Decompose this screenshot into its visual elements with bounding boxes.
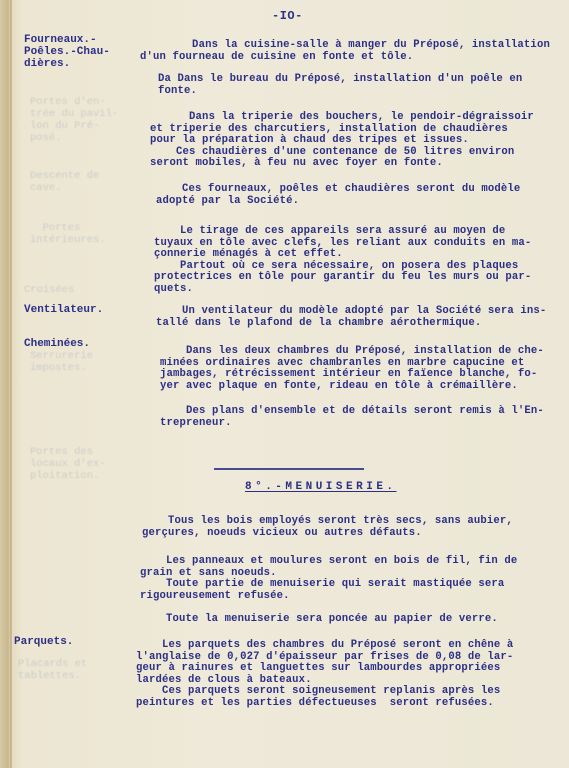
paragraph-bureau: Da Dans le bureau du Préposé, installati… [158,74,522,97]
paragraph-cheminees: Dans les deux chambres du Préposé, insta… [160,346,544,392]
paragraph-bois: Tous les bois employés seront très secs,… [142,516,513,539]
bleed-through-note: Descente de cave. [30,170,99,194]
document-page: Portes d'en- trée du pavil- lon du Pré- … [0,0,569,768]
bleed-through-note: Portes d'en- trée du pavil- lon du Pré- … [30,96,118,144]
paragraph-modele: Ces fourneaux, poêles et chaudières sero… [156,184,520,207]
bleed-through-note: Serrurerie impostes. [30,350,93,374]
paragraph-ventilateur: Un ventilateur du modèle adopté par la S… [156,306,546,329]
bleed-through-note: Croisées [24,284,74,296]
margin-note-ventilateur: Ventilateur. [24,304,103,316]
section-title: 8°.-MENUISERIE. [245,481,397,493]
bleed-through-note: Portes intérieures. [30,222,106,246]
page-number: -IO- [272,9,303,23]
paragraph-plans: Des plans d'ensemble et de détails seron… [160,406,544,429]
margin-note-cheminees: Cheminées. [24,338,90,350]
paragraph-triperie: Dans la triperie des bouchers, le pendoi… [150,112,534,170]
section-divider [214,468,364,470]
margin-note-fourneaux: Fourneaux.- Poêles.-Chau- dières. [24,34,110,70]
paragraph-cuisine: Dans la cuisine-salle à manger du Prépos… [140,40,550,63]
margin-note-parquets: Parquets. [14,636,73,648]
paragraph-parquets: Les parquets des chambres du Préposé ser… [136,640,513,710]
paragraph-panneaux: Les panneaux et moulures seront en bois … [140,556,517,602]
bleed-through-note: Portes des locaux d'ex- ploitation. [30,446,106,482]
paragraph-poncee: Toute la menuiserie sera poncée au papie… [140,614,498,626]
page-gutter [10,0,12,768]
bleed-through-note: Placards et tablettes. [18,658,87,682]
paragraph-tirage: Le tirage de ces appareils sera assuré a… [154,226,531,296]
